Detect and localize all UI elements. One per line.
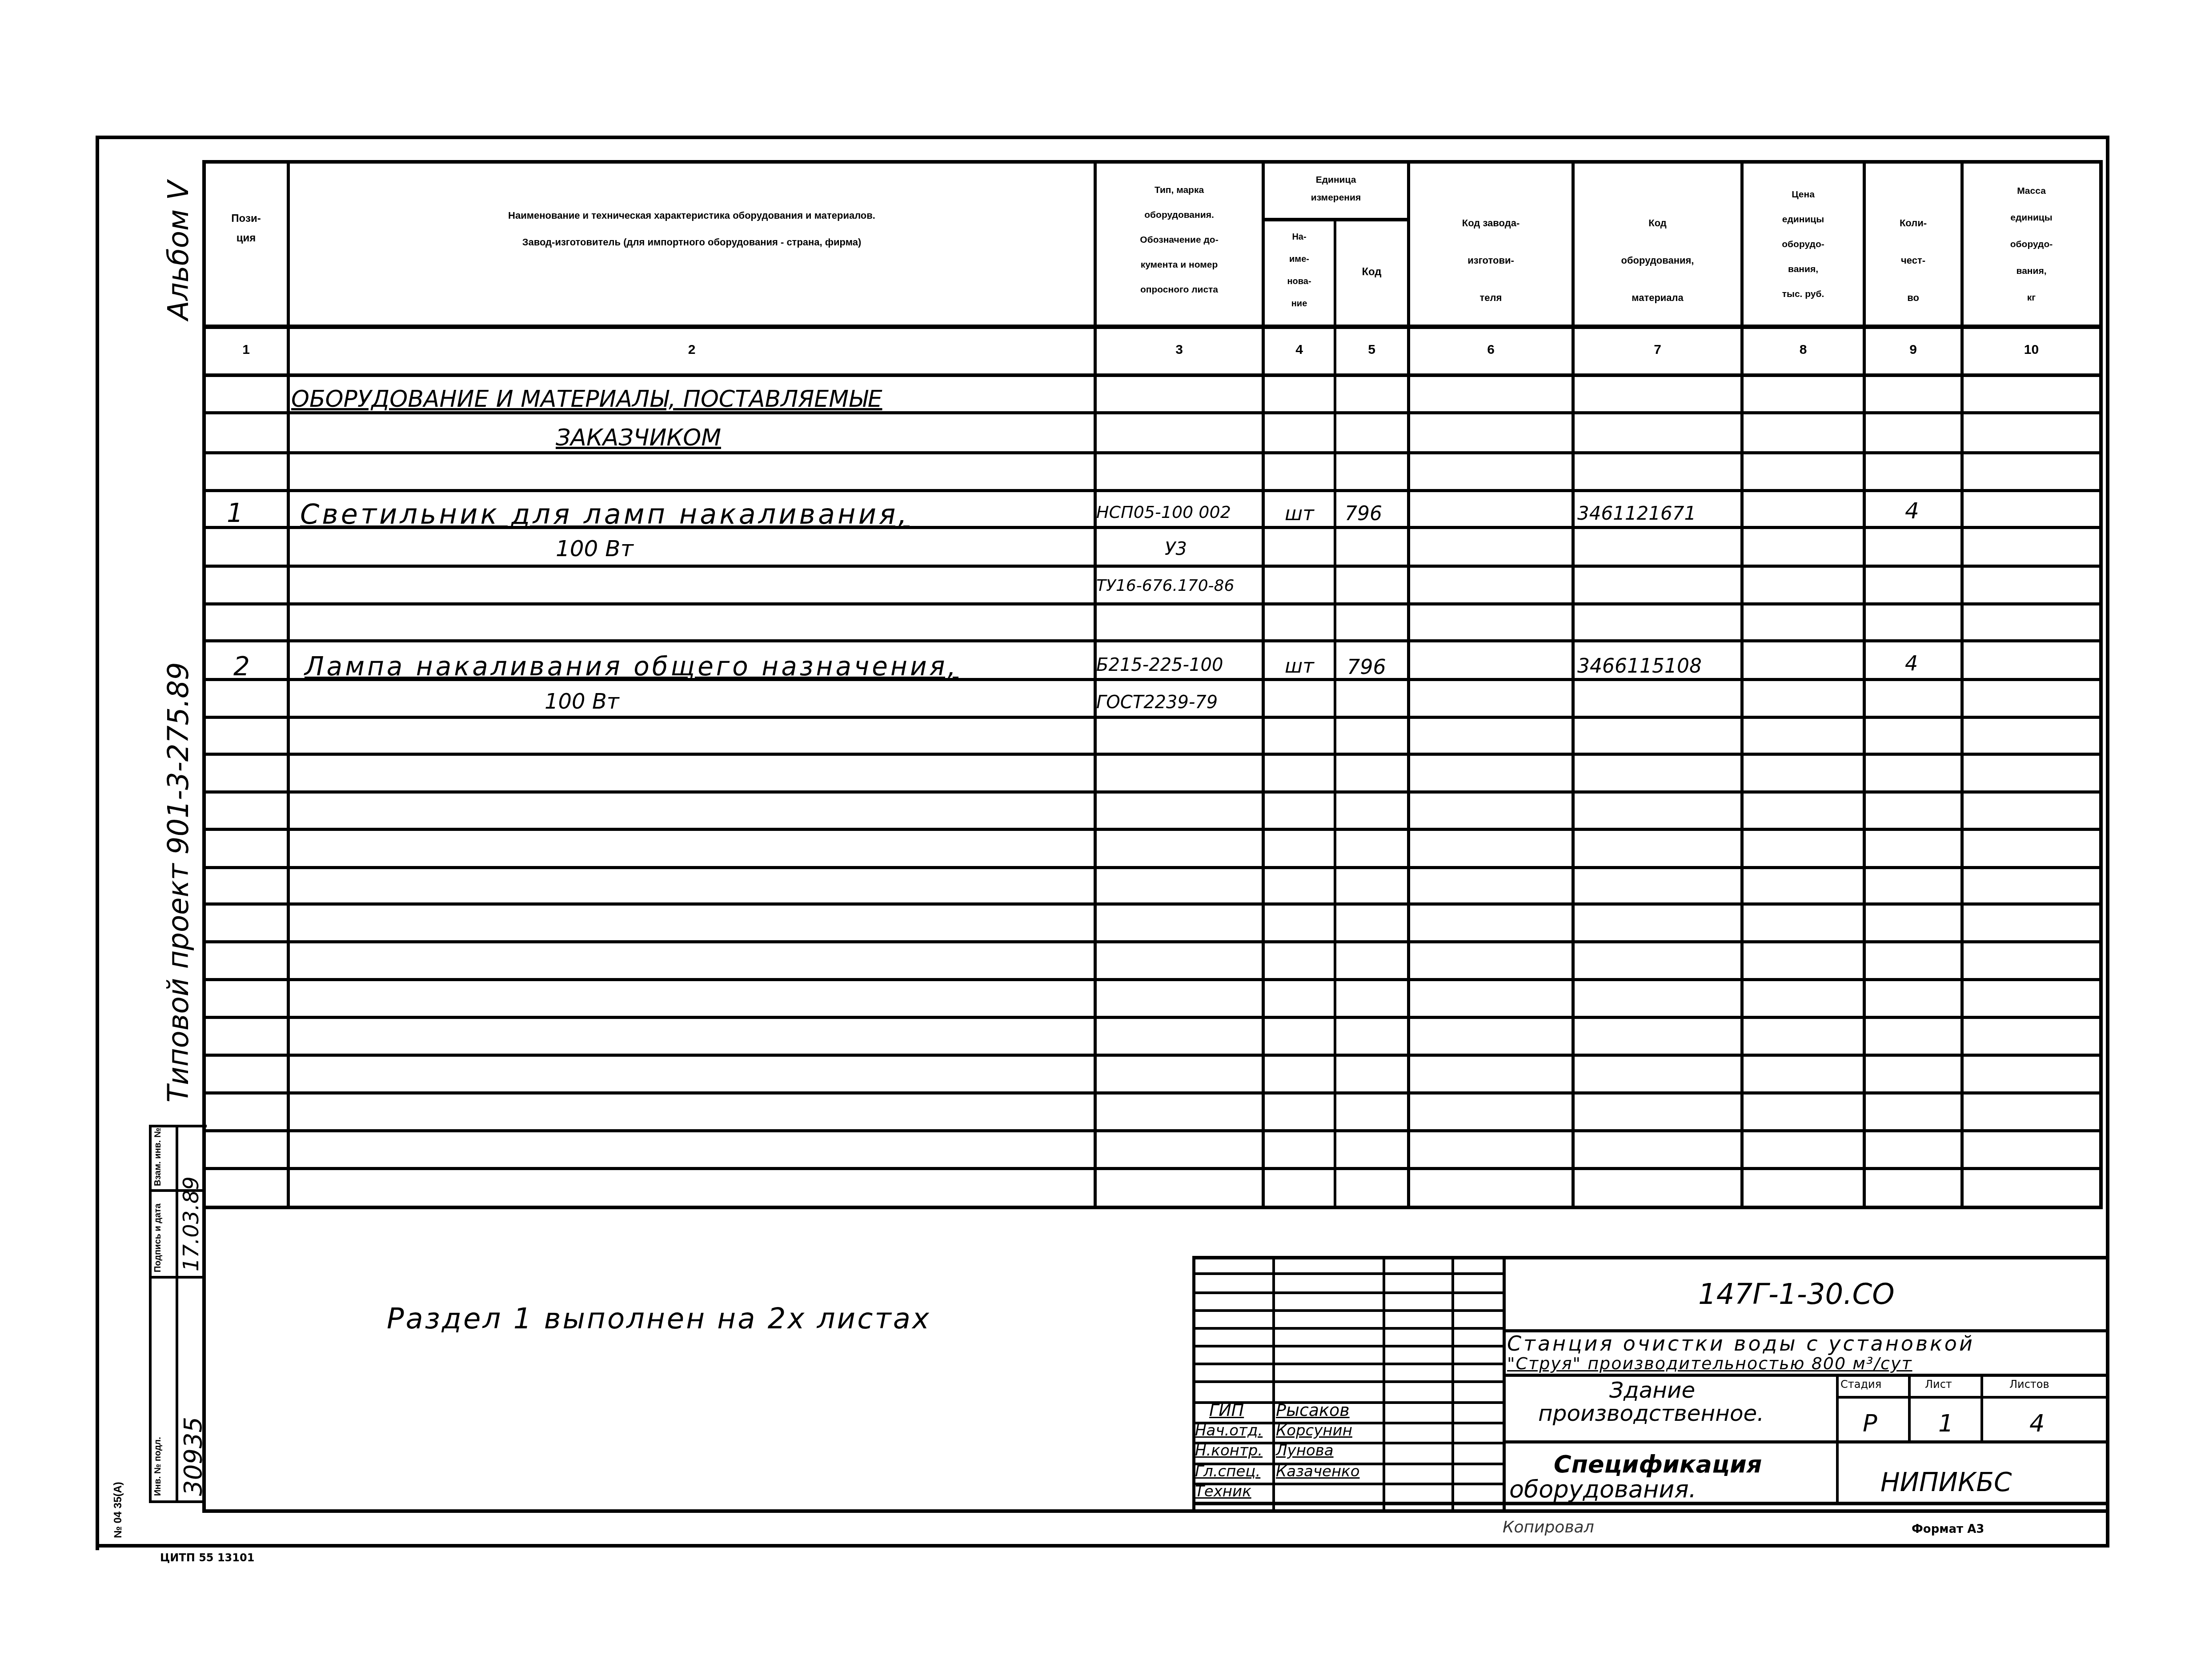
- header-mass: Масса единицы оборудо- вания, кг: [1964, 178, 2099, 311]
- inv-label: Инв. № подл.: [153, 1437, 163, 1496]
- header-position: Пози- ция: [205, 209, 287, 248]
- sig-role: Нач.отд.: [1195, 1422, 1263, 1439]
- header-plant-code: Код заводa- изготови- теля: [1410, 204, 1572, 317]
- sheet-label: Лист: [1925, 1378, 1952, 1391]
- sheet-title-line1: Спецификация: [1554, 1450, 1762, 1478]
- row-name-2: 100 Вт: [545, 689, 619, 714]
- stage-value: Р: [1863, 1409, 1877, 1437]
- header-unit-code: Код: [1336, 262, 1407, 282]
- frame-bottom: [96, 1544, 2109, 1548]
- row-name: Светильник для ламп накаливания,: [300, 498, 910, 530]
- frame-top: [96, 136, 2109, 139]
- building-line2: производственное.: [1538, 1400, 1764, 1426]
- sheet-value: 1: [1938, 1409, 1953, 1437]
- building-line1: Здание: [1609, 1377, 1695, 1403]
- col-num-5: 5: [1336, 342, 1407, 357]
- header-unit-group: Единица измерения: [1265, 171, 1407, 207]
- sig-role: ГИП: [1209, 1400, 1244, 1420]
- inv-value: 30935: [179, 1417, 208, 1496]
- replace-label: Взам. инв. №: [153, 1128, 163, 1186]
- frame-right: [2106, 136, 2109, 1546]
- header-price: Цена единицы оборудо- вания, тыс. руб.: [1744, 182, 1863, 307]
- side-note: № 04 35(А): [112, 1482, 124, 1538]
- row-unit-code: 796: [1345, 502, 1382, 525]
- copied-label: Копировал: [1503, 1518, 1594, 1536]
- col-num-8: 8: [1744, 342, 1863, 357]
- row-qty: 4: [1905, 651, 1918, 675]
- header-equip-code: Код оборудования, материала: [1575, 204, 1740, 317]
- section-title-line1: ОБОРУДОВАНИЕ И МАТЕРИАЛЫ, ПОСТАВЛЯЕМЫЕ: [291, 386, 882, 413]
- footer-code: ЦИТП 55 13101: [160, 1552, 254, 1564]
- sign-value: 17.03.89: [179, 1176, 204, 1271]
- album-label: Альбом V: [162, 181, 195, 320]
- row-unit-code: 796: [1347, 655, 1386, 679]
- sig-role: Техник: [1195, 1483, 1251, 1500]
- format-label: Формат А3: [1912, 1523, 1984, 1536]
- section-title-line2: ЗАКАЗЧИКОМ: [556, 425, 721, 451]
- header-type: Тип, марка оборудования. Обозначение до-…: [1097, 178, 1262, 302]
- row-type-2: ГОСТ2239-79: [1096, 692, 1218, 713]
- sig-name: Корсунин: [1276, 1422, 1352, 1439]
- sig-role: Н.контр.: [1195, 1442, 1263, 1459]
- sig-name: Казаченко: [1276, 1463, 1359, 1480]
- sheets-value: 4: [2029, 1409, 2045, 1437]
- sig-role: Гл.спец.: [1195, 1463, 1260, 1480]
- sheet-title-line2: оборудования.: [1509, 1475, 1696, 1503]
- sig-name: Рысаков: [1276, 1400, 1350, 1420]
- project-label: Типовой проект 901-3-275.89: [162, 662, 195, 1103]
- row-name: Лампа накаливания общего назначения,: [305, 651, 958, 682]
- row-unit: шт: [1285, 502, 1314, 525]
- row-type-2: У3: [1165, 539, 1187, 559]
- frame-left: [96, 136, 99, 1550]
- col-num-7: 7: [1575, 342, 1740, 357]
- col-num-1: 1: [205, 342, 287, 357]
- row-type: НСП05-100 002: [1096, 502, 1231, 522]
- row-qty: 4: [1905, 498, 1919, 524]
- col-num-2: 2: [290, 342, 1094, 357]
- sign-label: Подпись и дата: [153, 1203, 163, 1272]
- row-equip-code: 3466115108: [1577, 655, 1702, 678]
- col-num-4: 4: [1265, 342, 1334, 357]
- doc-code: 147Г-1-30.СО: [1698, 1278, 1895, 1311]
- header-qty: Коли- чест- во: [1866, 204, 1960, 317]
- sheets-label: Листов: [2009, 1378, 2049, 1391]
- header-unit-name: На- име- нова- ние: [1265, 226, 1334, 315]
- org-name: НИПИКБС: [1880, 1467, 2012, 1497]
- header-name: Наименование и техническая характеристик…: [290, 202, 1094, 256]
- sig-name: Лунова: [1276, 1442, 1334, 1459]
- main-left-border: [202, 160, 206, 1512]
- row-type-3: ТУ16-676.170-86: [1096, 577, 1234, 595]
- col-num-10: 10: [1964, 342, 2099, 357]
- section-note: Раздел 1 выполнен на 2х листах: [387, 1303, 931, 1335]
- row-position: 1: [227, 498, 243, 528]
- row-unit: шт: [1285, 655, 1314, 678]
- stage-label: Стадия: [1840, 1378, 1881, 1391]
- row-type: Б215-225-100: [1096, 655, 1223, 675]
- row-position: 2: [233, 651, 250, 682]
- col-num-9: 9: [1866, 342, 1960, 357]
- row-equip-code: 3461121671: [1577, 502, 1696, 524]
- col-num-3: 3: [1097, 342, 1262, 357]
- project-name-line2: "Струя" производительностью 800 м³/сут: [1507, 1354, 1912, 1373]
- row-name-2: 100 Вт: [556, 536, 633, 561]
- col-num-6: 6: [1410, 342, 1572, 357]
- project-name-line1: Станция очистки воды с установкой: [1507, 1331, 1975, 1355]
- main-bottom-border: [202, 1509, 2106, 1513]
